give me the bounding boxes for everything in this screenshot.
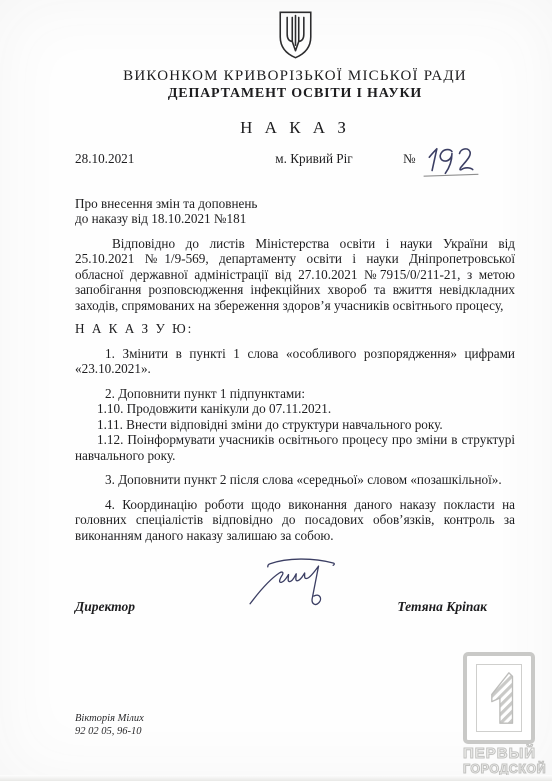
order-point-3: 3. Доповнити пункт 2 після слова «середн… bbox=[75, 472, 515, 488]
order-subpoint-1-10: 1.10. Продовжити канікули до 07.11.2021. bbox=[75, 401, 515, 417]
subject-line-1: Про внесення змін та доповнень bbox=[75, 196, 515, 212]
pervyi-gorodskoy-watermark: ПЕРВЫЙ ГОРОДСКОЙ bbox=[463, 652, 547, 776]
preamble-paragraph: Відповідно до листів Міністерства освіти… bbox=[75, 236, 515, 314]
order-point-4: 4. Координацію роботи щодо виконання дан… bbox=[75, 497, 515, 544]
order-subpoint-1-11: 1.11. Внести відповідні зміни до структу… bbox=[75, 417, 515, 433]
executor-block: Вікторія Мілих 92 02 05, 96-10 bbox=[75, 712, 144, 738]
document-place: м. Кривий Ріг bbox=[225, 151, 403, 167]
document-date: 28.10.2021 bbox=[75, 151, 225, 167]
signature-row: Директор Тетяна Кріпак bbox=[75, 599, 515, 615]
watermark-logo-inner-frame bbox=[476, 664, 522, 732]
document-number: № bbox=[403, 151, 515, 179]
number-label: № bbox=[403, 151, 416, 167]
striped-one-digit-icon bbox=[481, 669, 517, 727]
ukraine-trident-emblem-icon bbox=[277, 10, 314, 60]
order-point-1: 1. Змінити в пункті 1 слова «особливого … bbox=[75, 346, 515, 377]
watermark-logo-box bbox=[463, 652, 535, 744]
document-type-title: Н А К А З bbox=[75, 120, 515, 136]
department-name: ДЕПАРТАМЕНТ ОСВІТИ І НАУКИ bbox=[75, 86, 515, 102]
executor-phone: 92 02 05, 96-10 bbox=[75, 725, 144, 738]
signer-name: Тетяна Кріпак bbox=[397, 599, 487, 615]
order-document-page: ВИКОНКОМ КРИВОРІЗЬКОЇ МІСЬКОЇ РАДИ ДЕПАР… bbox=[0, 0, 552, 781]
watermark-text-line1: ПЕРВЫЙ bbox=[463, 747, 547, 760]
handwritten-signature-icon bbox=[247, 547, 347, 619]
handwritten-number-192 bbox=[420, 145, 482, 179]
subject-block: Про внесення змін та доповнень до наказу… bbox=[75, 196, 515, 227]
watermark-text-line2: ГОРОДСКОЙ bbox=[463, 763, 547, 776]
order-point-2: 2. Доповнити пункт 1 підпунктами: bbox=[75, 386, 515, 402]
subject-line-2: до наказу від 18.10.2021 №181 bbox=[75, 211, 515, 227]
order-subpoint-1-12: 1.12. Поінформувати учасників освітнього… bbox=[75, 432, 515, 463]
signer-title: Директор bbox=[75, 599, 135, 615]
order-word: Н А К А З У Ю: bbox=[75, 321, 515, 337]
executor-name: Вікторія Мілих bbox=[75, 712, 144, 725]
organization-name: ВИКОНКОМ КРИВОРІЗЬКОЇ МІСЬКОЇ РАДИ bbox=[75, 69, 515, 85]
document-meta-row: 28.10.2021 м. Кривий Ріг № bbox=[75, 151, 515, 179]
